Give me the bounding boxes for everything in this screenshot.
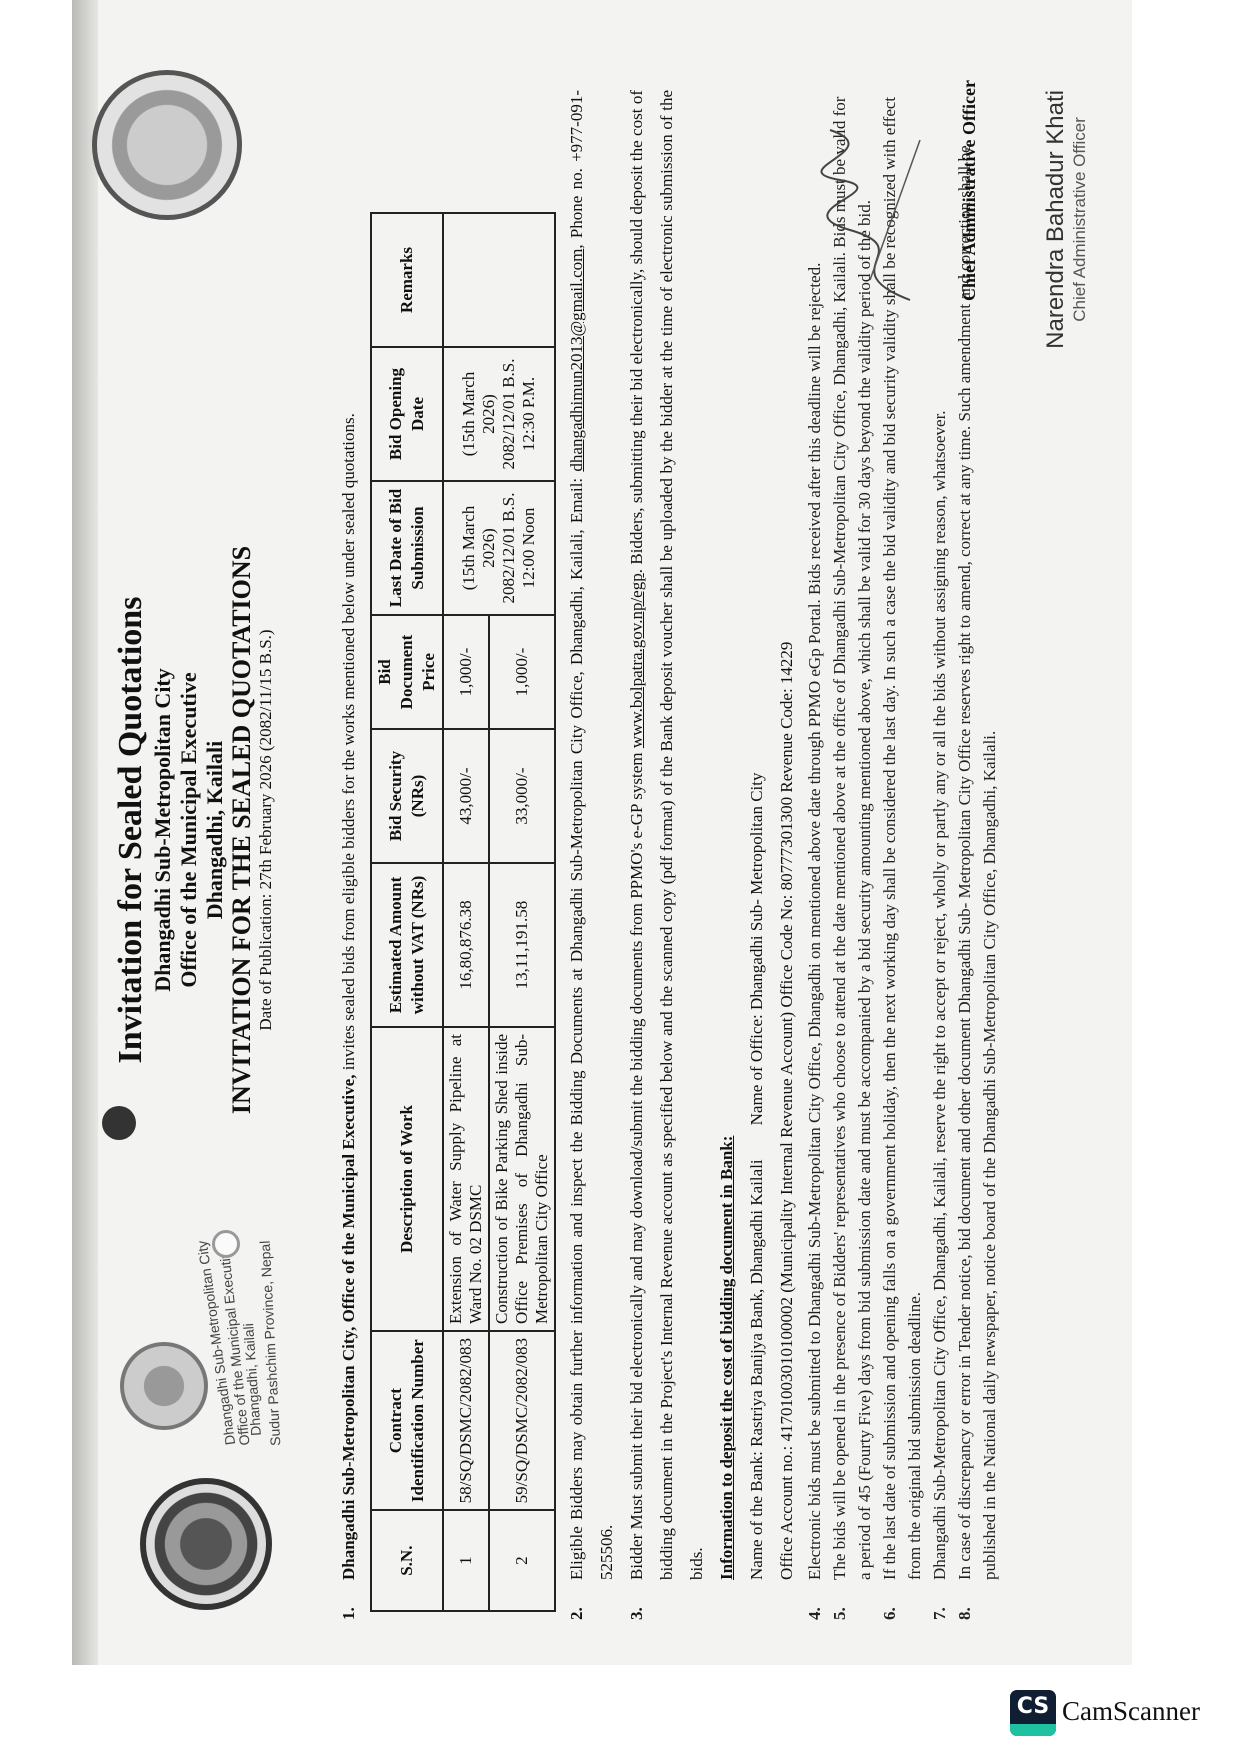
stamp-role: Chief Administrative Officer [1070,90,1090,349]
document-rotated: Dhangadhi Sub-Metropolitan City Office o… [90,10,1130,1650]
clause-3: 3. Bidder Must submit their bid electron… [622,90,712,1580]
stamp-name: Narendra Bahadur Khati [1042,90,1070,349]
camscanner-watermark: CamScanner [1062,1696,1200,1727]
bank-account: Office Account no.: 41701003010100002 (M… [772,90,802,1580]
punch-hole [102,1106,136,1140]
bank-names: Name of the Bank: Rastriya Banijya Bank,… [742,90,772,1580]
col-description: Description of Work [371,1027,443,1331]
signature-scribble-icon [810,120,930,310]
clause-8: 8.In case of discrepancy or error in Ten… [952,90,1002,1580]
egp-link[interactable]: www.bolpatra.gov.np/egp [627,573,646,748]
municipal-seal-icon: Dhangadhi Sub-Metropolitan City Office o… [120,1280,280,1450]
clause-5: 5.The bids will be opened in the presenc… [827,90,877,1580]
col-doc-price: Bid Document Price [371,615,443,729]
nepal-emblem-icon [140,1478,272,1610]
col-contract-id: Contract Identification Number [371,1331,443,1510]
clause-2: 2. Eligible Bidders may obtain further i… [562,90,622,1580]
official-stamp: Narendra Bahadur Khati Chief Administrat… [1042,90,1090,349]
bank-info: Information to deposit the cost of biddi… [712,90,802,1580]
clause-4: 4.Electronic bids must be submitted to D… [802,90,827,1580]
signature-block: Chief Administrative Officer [959,80,980,301]
col-last-date: Last Date of Bid Submission [371,481,443,615]
camscanner-logo-icon: CS [1010,1690,1056,1736]
clause-7: 7.Dhangadhi Sub-Metropolitan City Office… [927,90,952,1580]
email-link[interactable]: dhangadhimun2013@gmail.com [567,249,586,472]
clause-6: 6.If the last date of submission and ope… [877,90,927,1580]
col-estimated-amount: Estimated Amount without VAT (NRs) [371,863,443,1027]
clause-1: 1. Dhangadhi Sub-Metropolitan City, Offi… [334,90,364,1580]
col-sn: S.N. [371,1510,443,1611]
bank-info-heading: Information to deposit the cost of biddi… [712,90,742,1580]
col-opening-date: Bid Opening Date [371,347,443,481]
works-table: S.N. Contract Identification Number Desc… [370,212,556,1612]
city-logo-icon [92,70,242,220]
punch-hole [212,1230,240,1258]
col-remarks: Remarks [371,213,443,347]
col-bid-security: Bid Security (NRs) [371,729,443,863]
signatory-role: Chief Administrative Officer [959,80,980,301]
table-row: 1 58/SQ/DSMC/2082/083 Extension of Water… [443,213,489,1611]
document-header: Dhangadhi Sub-Metropolitan City Office o… [112,10,322,1650]
table-header-row: S.N. Contract Identification Number Desc… [371,213,443,1611]
